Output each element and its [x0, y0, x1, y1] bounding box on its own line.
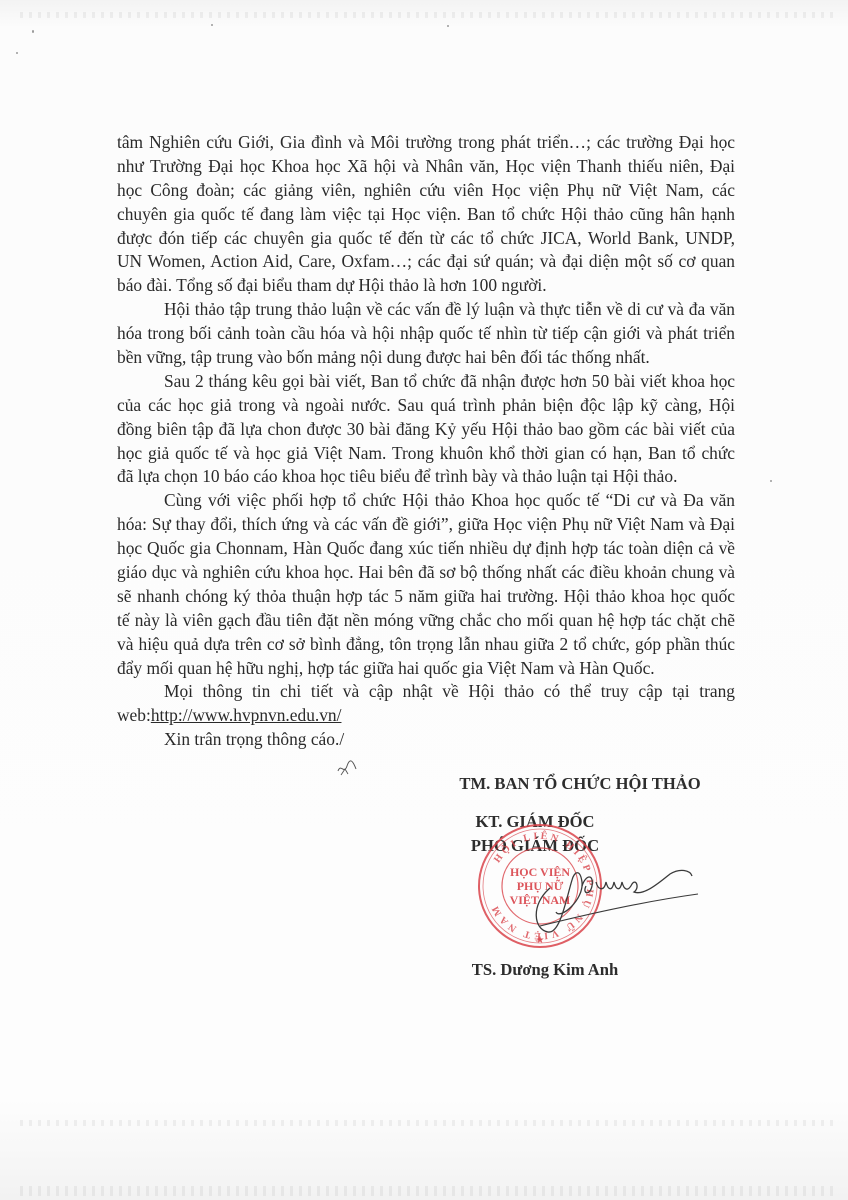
- text-line: hóa: Sự thay đổi, thích ứng và các vấn đ…: [117, 513, 735, 537]
- document-body: tâm Nghiên cứu Giới, Gia đình và Môi trư…: [117, 131, 735, 752]
- closing-line: Xin trân trọng thông cáo./: [117, 728, 735, 752]
- text-line: Cùng với việc phối hợp tổ chức Hội thảo …: [117, 489, 735, 513]
- text-line: học Công đoàn; các giảng viên, nghiên cứ…: [117, 179, 735, 203]
- handwritten-signature-icon: [520, 860, 720, 940]
- text-line: UN Women, Action Aid, Care, Oxfam…; các …: [117, 250, 735, 274]
- text-line: đồng biên tập đã lựa chon được 30 bài đă…: [117, 418, 735, 442]
- text-line: hóa trong bối cảnh toàn cầu hóa và hội n…: [117, 322, 735, 346]
- scanned-page: tâm Nghiên cứu Giới, Gia đình và Môi trư…: [0, 0, 848, 1200]
- signer-name: TS. Dương Kim Anh: [450, 960, 640, 980]
- scan-speck: [211, 24, 213, 26]
- text-line: học giả quốc tế và học giả Việt Nam. Tro…: [117, 442, 735, 466]
- text-line: tế này là viên gạch đầu tiên đặt nền món…: [117, 609, 735, 633]
- organization-title: TM. BAN TỔ CHỨC HỘI THẢO: [420, 774, 740, 794]
- text-line: Sau 2 tháng kêu gọi bài viết, Ban tổ chứ…: [117, 370, 735, 394]
- handwritten-initial-icon: [335, 757, 359, 779]
- scan-noise: [20, 1186, 838, 1196]
- text-line: giáo dục và nghiên cứu khoa học. Hai bên…: [117, 561, 735, 585]
- text-line: sẽ nhanh chóng ký thỏa thuận hợp tác 5 n…: [117, 585, 735, 609]
- text-line: được đón tiếp các chuyên gia quốc tế đến…: [117, 227, 735, 251]
- web-line: web:http://www.hvpnvn.edu.vn/: [117, 704, 735, 728]
- website-link[interactable]: http://www.hvpnvn.edu.vn/: [151, 705, 342, 725]
- scan-noise: [20, 1120, 838, 1126]
- text-line: báo đài. Tổng số đại biểu tham dự Hội th…: [117, 274, 735, 298]
- text-line: bền vững, tập trung vào bốn mảng nội dun…: [117, 346, 735, 370]
- text-line: và hiệu quả dựa trên cơ sở bình đẳng, tô…: [117, 633, 735, 657]
- text-line: đã lựa chọn 10 báo cáo khoa học tiêu biể…: [117, 465, 735, 489]
- web-prefix: web:: [117, 705, 151, 725]
- text-line: chuyên gia quốc tế đang làm việc tại Học…: [117, 203, 735, 227]
- scan-speck: [32, 30, 34, 33]
- text-line: học Quốc gia Chonnam, Hàn Quốc đang xúc …: [117, 537, 735, 561]
- scan-speck: [770, 480, 772, 482]
- text-line: của các học giả trong và ngoài nước. Sau…: [117, 394, 735, 418]
- text-line: đẩy mối quan hệ hữu nghị, hợp tác giữa h…: [117, 657, 735, 681]
- scan-speck: [16, 52, 18, 54]
- scan-speck: [447, 25, 449, 27]
- scan-noise: [20, 12, 838, 18]
- text-line: tâm Nghiên cứu Giới, Gia đình và Môi trư…: [117, 131, 735, 155]
- text-line: Hội thảo tập trung thảo luận về các vấn …: [117, 298, 735, 322]
- text-line: Mọi thông tin chi tiết và cập nhật về Hộ…: [117, 680, 735, 704]
- text-line: như Trường Đại học Khoa học Xã hội và Nh…: [117, 155, 735, 179]
